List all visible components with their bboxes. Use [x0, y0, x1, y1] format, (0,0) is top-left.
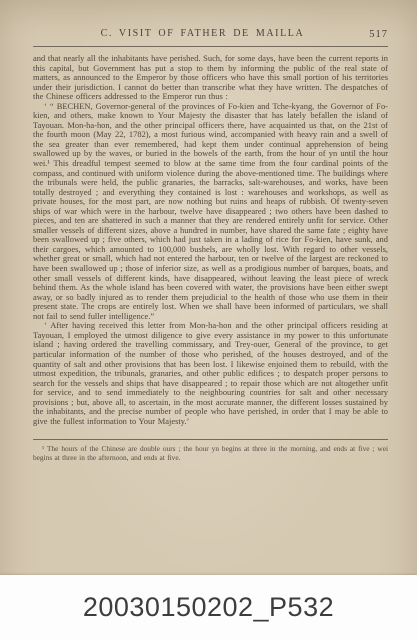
scan-label-strip: 20030150202_P532	[0, 575, 417, 640]
footnote: ¹ The hours of the Chinese are double ou…	[33, 445, 388, 463]
paragraph-despatch-quote: ‘ “ BECHEN, Governor-general of the prov…	[33, 102, 388, 322]
page-header: C. VISIT OF FATHER DE MAILLA 517	[33, 28, 388, 43]
text-block: C. VISIT OF FATHER DE MAILLA 517 and tha…	[33, 28, 388, 463]
footnote-rule	[33, 439, 388, 440]
scan-label-text: 20030150202_P532	[83, 592, 334, 623]
paragraph-after-letter: ‘ After having received this letter from…	[33, 321, 388, 426]
running-head-title: C. VISIT OF FATHER DE MAILLA	[33, 28, 372, 39]
header-rule	[33, 46, 388, 47]
page-number: 517	[369, 29, 388, 40]
paragraph-continuation: and that nearly all the inhabitants have…	[33, 54, 388, 102]
scanned-page: C. VISIT OF FATHER DE MAILLA 517 and tha…	[0, 0, 417, 640]
body-text: and that nearly all the inhabitants have…	[33, 54, 388, 426]
